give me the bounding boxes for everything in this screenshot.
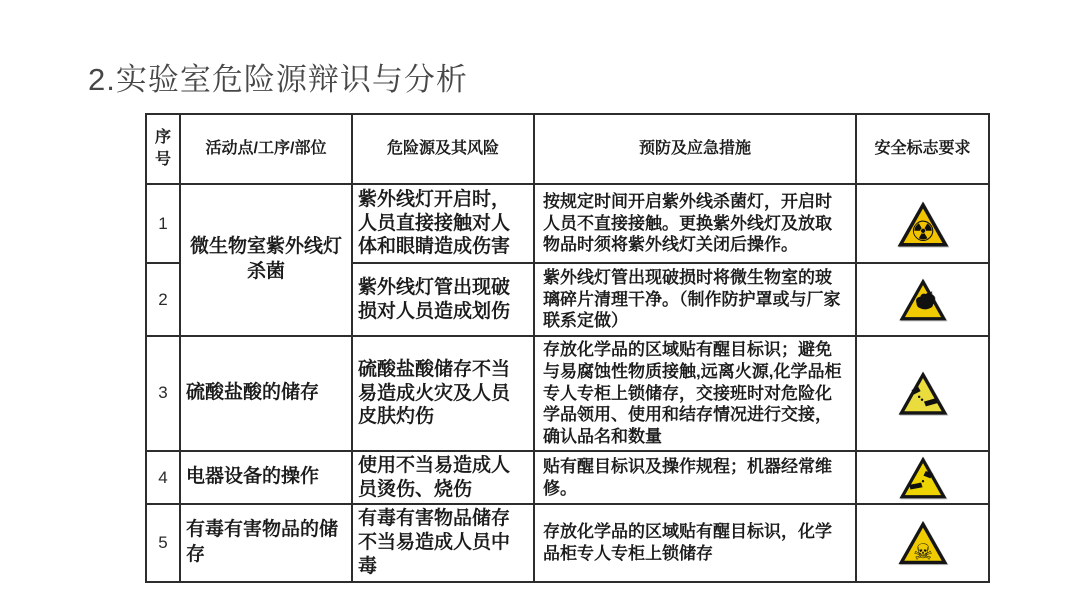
hazard-cell: 硫酸盐酸储存不当易造成火灾及人员皮肤灼伤 xyxy=(352,336,534,451)
radiation-warning-icon: ☢ xyxy=(896,200,950,248)
prevention-cell: 按规定时间开启紫外线杀菌灯，开启时人员不直接接触。更换紫外线灯及放取物品时须将紫… xyxy=(534,184,856,263)
column-header-hazard: 危险源及其风险 xyxy=(352,114,534,184)
table-row: 1 微生物室紫外线灯杀菌 紫外线灯开启时，人员直接接触对人体和眼睛造成伤害 按规… xyxy=(146,184,989,263)
activity-cell: 有毒有害物品的储存 xyxy=(180,504,352,581)
sign-cell: ☠ xyxy=(856,504,989,581)
serial-cell: 4 xyxy=(146,451,180,505)
activity-cell: 电器设备的操作 xyxy=(180,451,352,505)
hazard-cell: 有毒有害物品储存不当易造成人员中毒 xyxy=(352,504,534,581)
prevention-cell: 存放化学品的区域贴有醒目标识；避免与易腐蚀性物质接触,远离火源,化学品柜专人专柜… xyxy=(534,336,856,451)
skull-crossbones-glyph: ☠ xyxy=(913,540,933,565)
table-header-row: 序号 活动点/工序/部位 危险源及其风险 预防及应急措施 安全标志要求 xyxy=(146,114,989,184)
sign-cell xyxy=(856,263,989,336)
corrosion-warning-icon xyxy=(897,370,949,416)
hazard-identification-table: 序号 活动点/工序/部位 危险源及其风险 预防及应急措施 安全标志要求 1 微生… xyxy=(145,113,990,583)
table-row: 5 有毒有害物品的储存 有毒有害物品储存不当易造成人员中毒 存放化学品的区域贴有… xyxy=(146,504,989,581)
column-header-sign: 安全标志要求 xyxy=(856,114,989,184)
sign-cell xyxy=(856,451,989,505)
serial-cell: 1 xyxy=(146,184,180,263)
prevention-cell: 贴有醒目标识及操作规程；机器经常维修。 xyxy=(534,451,856,505)
sign-cell xyxy=(856,336,989,451)
cut-injury-warning-icon xyxy=(898,277,948,322)
column-header-serial: 序号 xyxy=(146,114,180,184)
column-header-prevention: 预防及应急措施 xyxy=(534,114,856,184)
prevention-cell: 存放化学品的区域贴有醒目标识，化学品柜专人专柜上锁储存 xyxy=(534,504,856,581)
hazard-cell: 紫外线灯开启时，人员直接接触对人体和眼睛造成伤害 xyxy=(352,184,534,263)
column-header-activity: 活动点/工序/部位 xyxy=(180,114,352,184)
table-row: 4 电器设备的操作 使用不当易造成人员烫伤、烧伤 贴有醒目标识及操作规程；机器经… xyxy=(146,451,989,505)
serial-cell: 2 xyxy=(146,263,180,336)
serial-cell: 5 xyxy=(146,504,180,581)
serial-cell: 3 xyxy=(146,336,180,451)
page-title: 2.实验室危险源辩识与分析 xyxy=(88,54,468,99)
sign-cell: ☢ xyxy=(856,184,989,263)
prevention-cell: 紫外线灯管出现破损时将微生物室的玻璃碎片清理干净。（制作防护罩或与厂家联系定做） xyxy=(534,263,856,336)
activity-cell: 微生物室紫外线灯杀菌 xyxy=(180,184,352,336)
radiation-trefoil-glyph: ☢ xyxy=(910,216,935,247)
hazard-cell: 紫外线灯管出现破损对人员造成划伤 xyxy=(352,263,534,336)
toxic-warning-icon: ☠ xyxy=(897,519,949,566)
burn-scald-warning-icon xyxy=(898,455,948,500)
table-row: 3 硫酸盐酸的储存 硫酸盐酸储存不当易造成火灾及人员皮肤灼伤 存放化学品的区域贴… xyxy=(146,336,989,451)
hazard-cell: 使用不当易造成人员烫伤、烧伤 xyxy=(352,451,534,505)
activity-cell: 硫酸盐酸的储存 xyxy=(180,336,352,451)
